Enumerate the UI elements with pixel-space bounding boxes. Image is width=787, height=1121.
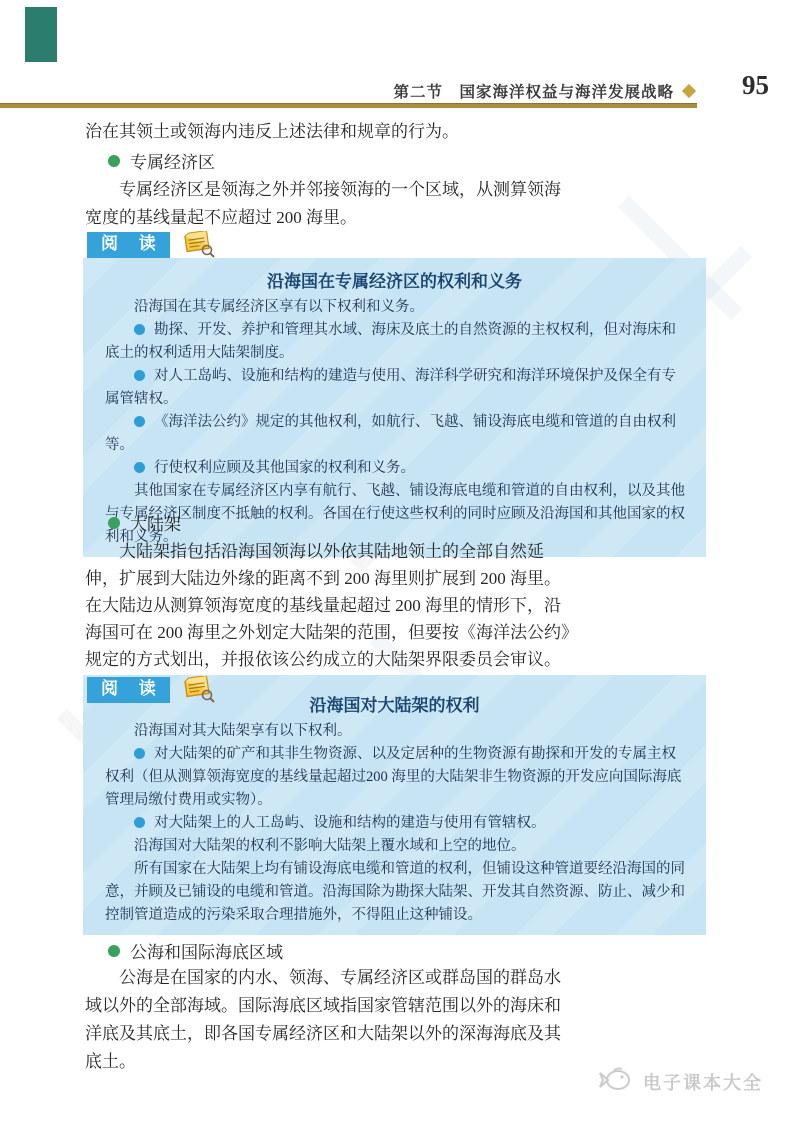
reading-tab: 阅 读 xyxy=(87,232,170,258)
site-watermark: 电子课本大全 xyxy=(598,1064,763,1099)
reading-box-body: 沿海国对其大陆架享有以下权利。 对大陆架的矿产和其非生物资源、以及定居种的生物资… xyxy=(83,716,706,935)
section-heading-high-seas: 公海和国际海底区域 xyxy=(108,938,283,963)
reading-box-title: 沿海国在专属经济区的权利和义务 xyxy=(83,258,706,292)
reading-bullet-item: 对大陆架上的人工岛屿、设施和结构的建造与使用有管辖权。 xyxy=(105,812,686,835)
reading-bullet-text: 勘探、开发、养护和管理其水域、海床及底土的自然资源的主权权利，但对海床和底土的权… xyxy=(105,322,676,361)
reading-bullet-text: 对人工岛屿、设施和结构的建造与使用、海洋科学研究和海洋环境保护及保全有专属管辖权… xyxy=(105,368,676,407)
reading-bullet-text: 行使权利应顾及其他国家的权利和义务。 xyxy=(154,460,415,476)
reading-bullet-text: 对大陆架的矿产和其非生物资源、以及定居种的生物资源有勘探和开发的专属主权权利（但… xyxy=(105,746,681,808)
blue-bullet-icon xyxy=(134,324,145,335)
section-label: 专属经济区 xyxy=(130,148,215,173)
scroll-magnifier-icon xyxy=(183,676,215,709)
corner-accent-block xyxy=(25,7,57,62)
blue-bullet-icon xyxy=(134,748,145,759)
paragraph-continental-shelf: 大陆架指包括沿海国领海以外依其陆地领土的全部自然延伸，扩展到大陆边外缘的距离不到… xyxy=(85,538,575,673)
section-heading-eez: 专属经济区 xyxy=(108,148,215,173)
watermark-text: 电子课本大全 xyxy=(643,1069,763,1095)
reading-box-shelf-rights: 阅 读 沿海国对大陆架的权利 沿海国对其大陆架享有以下权利。 对大陆架的矿产和其… xyxy=(83,675,706,935)
reading-tab-label: 阅 读 xyxy=(101,679,164,698)
reading-box-title: 沿海国对大陆架的权利 xyxy=(83,675,706,716)
reading-paragraph: 所有国家在大陆架上均有铺设海底电缆和管道的权利，但铺设这种管道要经沿海国的同意，… xyxy=(105,858,686,927)
green-bullet-icon xyxy=(108,945,120,957)
blue-bullet-icon xyxy=(134,817,145,828)
section-heading-continental-shelf: 大陆架 xyxy=(108,510,181,535)
reading-paragraph: 沿海国对其大陆架享有以下权利。 xyxy=(105,720,686,743)
reading-bullet-item: 勘探、开发、养护和管理其水域、海床及底土的自然资源的主权权利，但对海床和底土的权… xyxy=(105,319,686,365)
header-section-title: 第二节 国家海洋权益与海洋发展战略 xyxy=(393,80,674,102)
blue-bullet-icon xyxy=(134,416,145,427)
paragraph-continuation: 治在其领土或领海内违反上述法律和规章的行为。 xyxy=(85,118,575,146)
header-rule xyxy=(0,103,697,108)
green-bullet-icon xyxy=(108,155,120,167)
scroll-magnifier-icon xyxy=(183,231,215,264)
paragraph-high-seas: 公海是在国家的内水、领海、专属经济区或群岛国的群岛水域以外的全部海域。国际海底区… xyxy=(85,964,575,1076)
textbook-page: 第二节 国家海洋权益与海洋发展战略 95 治在其领土或领海内违反上述法律和规章的… xyxy=(0,0,787,1121)
page-number: 95 xyxy=(742,70,769,101)
section-label: 大陆架 xyxy=(130,510,181,535)
reading-tab: 阅 读 xyxy=(87,677,170,703)
fish-icon xyxy=(598,1064,636,1099)
green-bullet-icon xyxy=(108,517,120,529)
reading-bullet-item: 《海洋法公约》规定的其他权利，如航行、飞越、铺设海底电缆和管道的自由权利等。 xyxy=(105,411,686,457)
reading-bullet-text: 《海洋法公约》规定的其他权利，如航行、飞越、铺设海底电缆和管道的自由权利等。 xyxy=(105,414,676,453)
reading-bullet-item: 对大陆架的矿产和其非生物资源、以及定居种的生物资源有勘探和开发的专属主权权利（但… xyxy=(105,743,686,812)
gold-diamond-icon xyxy=(682,84,696,98)
paragraph-eez: 专属经济区是领海之外并邻接领海的一个区域，从测算领海宽度的基线量起不应超过 20… xyxy=(85,176,575,232)
reading-bullet-item: 行使权利应顾及其他国家的权利和义务。 xyxy=(105,457,686,480)
blue-bullet-icon xyxy=(134,370,145,381)
blue-bullet-icon xyxy=(134,462,145,473)
reading-bullet-text: 对大陆架上的人工岛屿、设施和结构的建造与使用有管辖权。 xyxy=(154,815,546,831)
reading-bullet-item: 对人工岛屿、设施和结构的建造与使用、海洋科学研究和海洋环境保护及保全有专属管辖权… xyxy=(105,365,686,411)
page-header: 第二节 国家海洋权益与海洋发展战略 xyxy=(0,80,694,102)
section-label: 公海和国际海底区域 xyxy=(130,938,283,963)
reading-paragraph: 沿海国对大陆架的权利不影响大陆架上覆水域和上空的地位。 xyxy=(105,835,686,858)
reading-paragraph: 沿海国在其专属经济区享有以下权利和义务。 xyxy=(105,296,686,319)
reading-tab-label: 阅 读 xyxy=(101,234,164,253)
